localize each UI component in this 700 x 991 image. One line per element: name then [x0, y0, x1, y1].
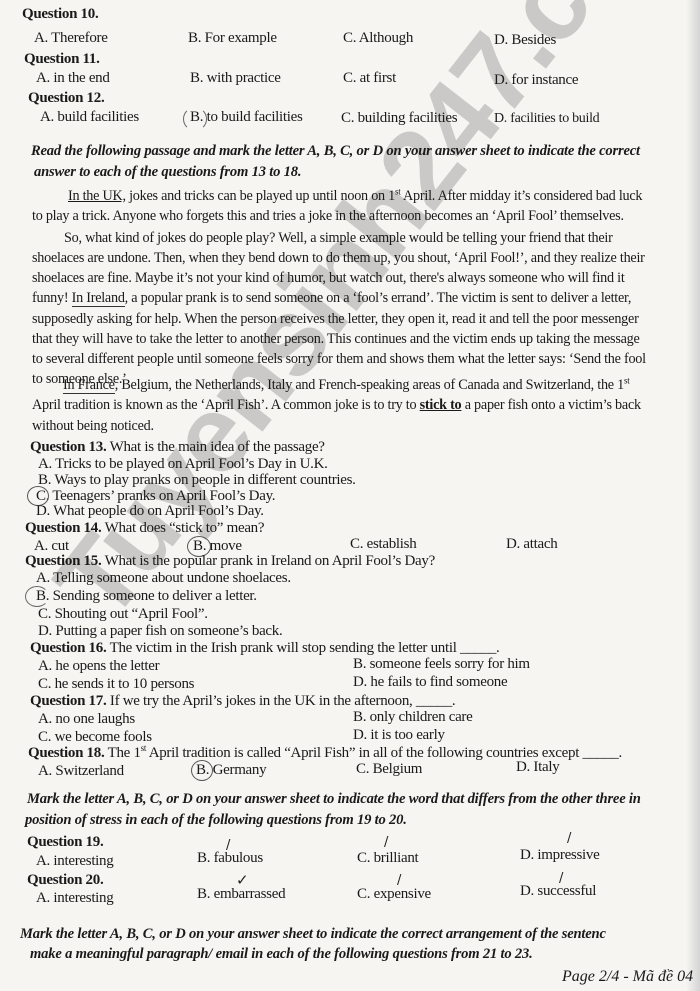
q18-option-d[interactable]: D. Italy [516, 759, 559, 776]
arrangement-instruction-line2: make a meaningful paragraph/ email in ea… [30, 946, 533, 963]
question-10-label: Question 10. [22, 6, 98, 23]
q18-option-a[interactable]: A. Switzerland [38, 763, 124, 780]
q18-option-c[interactable]: C. Belgium [356, 761, 422, 778]
q16-option-b[interactable]: B. someone feels sorry for him [353, 656, 530, 673]
question-11-label: Question 11. [24, 51, 100, 68]
stress-mark-icon: / [397, 873, 401, 888]
q12-option-a[interactable]: A. build facilities [40, 109, 139, 126]
question-14: Question 14. What does “stick to” mean? [25, 520, 264, 537]
p2-line2: shoelaces are undone. Then, when they be… [32, 248, 645, 269]
q12-option-d[interactable]: D. facilities to build [494, 111, 599, 127]
question-13: Question 13. What is the main idea of th… [30, 439, 325, 456]
question-17: Question 17. If we try the April’s jokes… [30, 693, 455, 710]
q11-option-a[interactable]: A. in the end [36, 70, 110, 87]
p1-line2: to play a trick. Anyone who forgets this… [32, 206, 624, 227]
exam-page: Tuyensinh247.com Question 10. A. Therefo… [0, 0, 700, 991]
q19-option-d[interactable]: D. impressive [520, 847, 599, 864]
q13-option-a[interactable]: A. Tricks to be played on April Fool’s D… [38, 456, 328, 473]
q14-option-c[interactable]: C. establish [350, 536, 416, 553]
question-12-label: Question 12. [28, 90, 104, 107]
p3-line2: April tradition is known as the ‘April F… [32, 395, 641, 416]
page-edge-shadow [686, 0, 700, 991]
q16-option-c[interactable]: C. he sends it to 10 persons [38, 676, 194, 693]
question-15: Question 15. What is the popular prank i… [25, 553, 435, 570]
q17-option-d[interactable]: D. it is too early [353, 727, 445, 744]
q13-option-b[interactable]: B. Ways to play pranks on people in diff… [38, 472, 356, 489]
q14-option-d[interactable]: D. attach [506, 536, 557, 553]
q18-option-b[interactable]: B. Germany [196, 762, 266, 779]
q19-option-c[interactable]: C. brilliant [357, 850, 418, 867]
p1-line1: In the UK, jokes and tricks can be playe… [68, 186, 642, 207]
q15-option-d[interactable]: D. Putting a paper fish on someone’s bac… [38, 623, 282, 640]
question-16: Question 16. The victim in the Irish pra… [30, 640, 499, 657]
q10-option-b[interactable]: B. For example [188, 30, 277, 47]
q17-option-a[interactable]: A. no one laughs [38, 711, 135, 728]
stress-instruction-line1: Mark the letter A, B, C, or D on your an… [27, 791, 641, 808]
p2-line5: supposedly asking for help. When the per… [32, 309, 639, 330]
q16-option-d[interactable]: D. he fails to find someone [353, 674, 507, 691]
q15-option-a[interactable]: A. Telling someone about undone shoelace… [36, 570, 291, 587]
q20-option-c[interactable]: C. expensive [357, 886, 431, 903]
p2-line3: shoelaces are fine. Maybe it’s not your … [32, 268, 625, 289]
arrangement-instruction-line1: Mark the letter A, B, C, or D on your an… [20, 926, 606, 943]
stress-mark-icon: / [559, 871, 563, 886]
reading-instruction-line2: answer to each of the questions from 13 … [34, 164, 301, 181]
q13-option-d[interactable]: D. What people do on April Fool’s Day. [36, 503, 264, 520]
p2-line7: to several different people until someon… [32, 349, 646, 370]
reading-instruction-line1: Read the following passage and mark the … [31, 143, 640, 160]
q12-option-c[interactable]: C. building facilities [341, 110, 457, 127]
stress-mark-icon: / [226, 838, 230, 853]
p3-line1-text: In France, Belgium, the Netherlands, Ita… [63, 375, 630, 396]
q16-option-a[interactable]: A. he opens the letter [38, 658, 159, 675]
question-20-label: Question 20. [27, 872, 103, 889]
q10-option-c[interactable]: C. Although [343, 30, 413, 47]
q17-option-c[interactable]: C. we become fools [38, 729, 152, 746]
q11-option-b[interactable]: B. with practice [190, 70, 281, 87]
q15-option-b[interactable]: B. Sending someone to deliver a letter. [36, 588, 257, 605]
p2-line1: So, what kind of jokes do people play? W… [64, 228, 613, 249]
p2-line6: that they will have to take the letter t… [32, 329, 640, 350]
q19-option-a[interactable]: A. interesting [36, 853, 113, 870]
q11-option-d[interactable]: D. for instance [494, 72, 578, 89]
q10-option-a[interactable]: A. Therefore [34, 30, 108, 47]
question-19-label: Question 19. [27, 834, 103, 851]
q20-option-a[interactable]: A. interesting [36, 890, 113, 907]
p3-line3: without being noticed. [32, 416, 154, 437]
q15-option-c[interactable]: C. Shouting out “April Fool”. [38, 606, 208, 623]
q17-option-b[interactable]: B. only children care [353, 709, 473, 726]
q12-option-b[interactable]: B. to build facilities [190, 109, 303, 126]
stress-mark-icon: / [567, 831, 571, 846]
stress-instruction-line2: position of stress in each of the follow… [25, 812, 407, 829]
page-footer: Page 2/4 - Mã đề 04 [562, 968, 693, 986]
check-mark-icon: ✓ [236, 871, 249, 889]
q10-option-d[interactable]: D. Besides [494, 32, 556, 49]
stress-mark-icon: / [384, 835, 388, 850]
p2-line4: funny! In Ireland, a popular prank is to… [32, 288, 631, 309]
q11-option-c[interactable]: C. at first [343, 70, 396, 87]
